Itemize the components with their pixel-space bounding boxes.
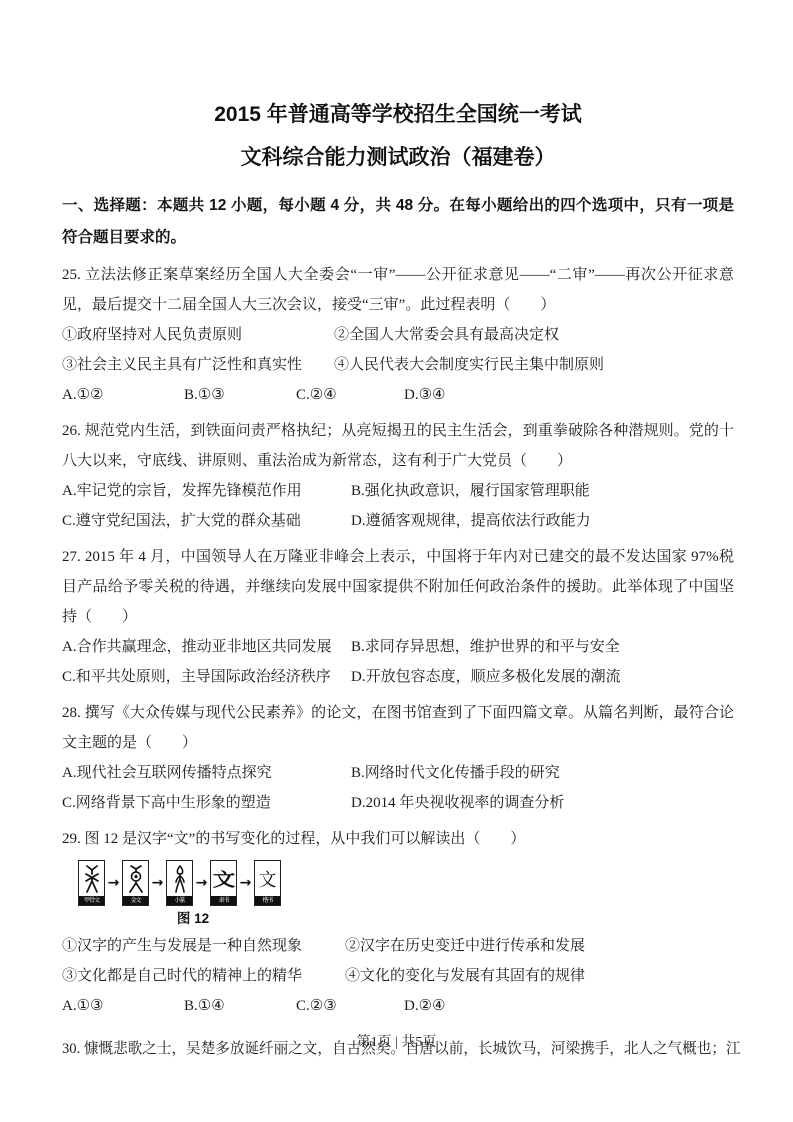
subitem-2: ②汉字在历史变迁中进行传承和发展 <box>345 931 585 961</box>
subitem-row: ①汉字的产生与发展是一种自然现象 ②汉字在历史变迁中进行传承和发展 <box>62 931 734 961</box>
figure-box-clerical: 文 隶书 <box>210 860 237 906</box>
choice-row: A.①③ B.①④ C.②③ D.②④ <box>62 991 734 1021</box>
option-row: A.合作共赢理念，推动亚非地区共同发展 B.求同存异思想，维护世界的和平与安全 <box>62 632 734 662</box>
choice-b: B.①③ <box>184 380 296 410</box>
subitem-row: ③社会主义民主具有广泛性和真实性 ④人民代表大会制度实行民主集中制原则 <box>62 350 734 380</box>
option-c: C.和平共处原则，主导国际政治经济秩序 <box>62 662 351 692</box>
subitem-row: ①政府坚持对人民负责原则 ②全国人大常委会具有最高决定权 <box>62 320 734 350</box>
question-25-stem: 25. 立法法修正案草案经历全国人大全委会“一审”——公开征求意见——“二审”—… <box>62 260 734 320</box>
page-footer: 第1页 | 共5页 <box>0 1031 793 1051</box>
option-row: C.网络背景下高中生形象的塑造 D.2014 年央视收视率的调查分析 <box>62 788 734 818</box>
question-25: 25. 立法法修正案草案经历全国人大全委会“一审”——公开征求意见——“二审”—… <box>62 260 734 410</box>
figure-box-seal: 小篆 <box>166 860 193 906</box>
bronze-script-glyph-icon <box>123 861 148 896</box>
question-29: 29. 图 12 是汉字“文”的书写变化的过程，从中我们可以解读出（ ） 甲骨文… <box>62 824 734 1021</box>
script-label: 甲骨文 <box>79 896 104 905</box>
script-label: 隶书 <box>211 896 236 905</box>
option-b: B.强化执政意识，履行国家管理职能 <box>351 476 590 506</box>
option-c: C.遵守党纪国法，扩大党的群众基础 <box>62 506 351 536</box>
clerical-script-glyph: 文 <box>211 861 236 896</box>
script-label: 金文 <box>123 896 148 905</box>
option-d: D.开放包容态度，顺应多极化发展的潮流 <box>351 662 621 692</box>
option-row: C.遵守党纪国法，扩大党的群众基础 D.遵循客观规律，提高依法行政能力 <box>62 506 734 536</box>
arrow-right-icon: → <box>237 875 254 891</box>
choice-a: A.①② <box>62 380 184 410</box>
choice-a: A.①③ <box>62 991 184 1021</box>
option-d: D.2014 年央视收视率的调查分析 <box>351 788 564 818</box>
page-title: 2015 年普通高等学校招生全国统一考试 <box>62 100 734 130</box>
subitem-2: ②全国人大常委会具有最高决定权 <box>334 320 559 350</box>
document-content: 2015 年普通高等学校招生全国统一考试 文科综合能力测试政治（福建卷） 一、选… <box>62 100 734 1064</box>
script-label: 楷书 <box>255 896 280 905</box>
question-29-stem: 29. 图 12 是汉字“文”的书写变化的过程，从中我们可以解读出（ ） <box>62 824 734 854</box>
choice-d: D.③④ <box>404 380 526 410</box>
question-26: 26. 规范党内生活，到铁面问责严格执纪；从亮短揭丑的民主生活会，到重拳破除各种… <box>62 416 734 536</box>
subitem-3: ③社会主义民主具有广泛性和真实性 <box>62 350 334 380</box>
section-instructions: 一、选择题：本题共 12 小题，每小题 4 分，共 48 分。在每小题给出的四个… <box>62 190 734 254</box>
arrow-right-icon: → <box>149 875 166 891</box>
regular-script-glyph: 文 <box>255 861 280 896</box>
figure-caption: 图 12 <box>78 907 308 931</box>
option-a: A.合作共赢理念，推动亚非地区共同发展 <box>62 632 351 662</box>
subitem-row: ③文化都是自己时代的精神上的精华 ④文化的变化与发展有其固有的规律 <box>62 961 734 991</box>
option-b: B.求同存异思想，维护世界的和平与安全 <box>351 632 620 662</box>
question-26-stem: 26. 规范党内生活，到铁面问责严格执纪；从亮短揭丑的民主生活会，到重拳破除各种… <box>62 416 734 476</box>
choice-row: A.①② B.①③ C.②④ D.③④ <box>62 380 734 410</box>
choice-c: C.②③ <box>296 991 404 1021</box>
subitem-4: ④人民代表大会制度实行民主集中制原则 <box>334 350 604 380</box>
subitem-3: ③文化都是自己时代的精神上的精华 <box>62 961 345 991</box>
option-a: A.现代社会互联网传播特点探究 <box>62 758 351 788</box>
option-c: C.网络背景下高中生形象的塑造 <box>62 788 351 818</box>
option-a: A.牢记党的宗旨，发挥先锋模范作用 <box>62 476 351 506</box>
question-28: 28. 撰写《大众传媒与现代公民素养》的论文，在图书馆查到了下面四篇文章。从篇名… <box>62 698 734 818</box>
choice-c: C.②④ <box>296 380 404 410</box>
figure-box-bronze: 金文 <box>122 860 149 906</box>
option-row: A.现代社会互联网传播特点探究 B.网络时代文化传播手段的研究 <box>62 758 734 788</box>
figure-box-regular: 文 楷书 <box>254 860 281 906</box>
choice-b: B.①④ <box>184 991 296 1021</box>
page-subtitle: 文科综合能力测试政治（福建卷） <box>62 143 734 173</box>
question-27-stem: 27. 2015 年 4 月，中国领导人在万隆亚非峰会上表示，中国将于年内对已建… <box>62 542 734 632</box>
question-27: 27. 2015 年 4 月，中国领导人在万隆亚非峰会上表示，中国将于年内对已建… <box>62 542 734 692</box>
script-label: 小篆 <box>167 896 192 905</box>
arrow-right-icon: → <box>105 875 122 891</box>
question-28-stem: 28. 撰写《大众传媒与现代公民素养》的论文，在图书馆查到了下面四篇文章。从篇名… <box>62 698 734 758</box>
figure-box-oracle: 甲骨文 <box>78 860 105 906</box>
script-evolution-row: 甲骨文 → 金文 → <box>78 859 308 907</box>
subitem-1: ①政府坚持对人民负责原则 <box>62 320 334 350</box>
figure-12: 甲骨文 → 金文 → <box>78 859 308 931</box>
option-row: C.和平共处原则，主导国际政治经济秩序 D.开放包容态度，顺应多极化发展的潮流 <box>62 662 734 692</box>
arrow-right-icon: → <box>193 875 210 891</box>
subitem-4: ④文化的变化与发展有其固有的规律 <box>345 961 585 991</box>
option-row: A.牢记党的宗旨，发挥先锋模范作用 B.强化执政意识，履行国家管理职能 <box>62 476 734 506</box>
subitem-1: ①汉字的产生与发展是一种自然现象 <box>62 931 345 961</box>
seal-script-glyph-icon <box>167 861 192 896</box>
choice-d: D.②④ <box>404 991 526 1021</box>
option-b: B.网络时代文化传播手段的研究 <box>351 758 560 788</box>
exam-document-page: 2015 年普通高等学校招生全国统一考试 文科综合能力测试政治（福建卷） 一、选… <box>0 0 793 1122</box>
option-d: D.遵循客观规律，提高依法行政能力 <box>351 506 591 536</box>
oracle-script-glyph-icon <box>79 861 104 896</box>
